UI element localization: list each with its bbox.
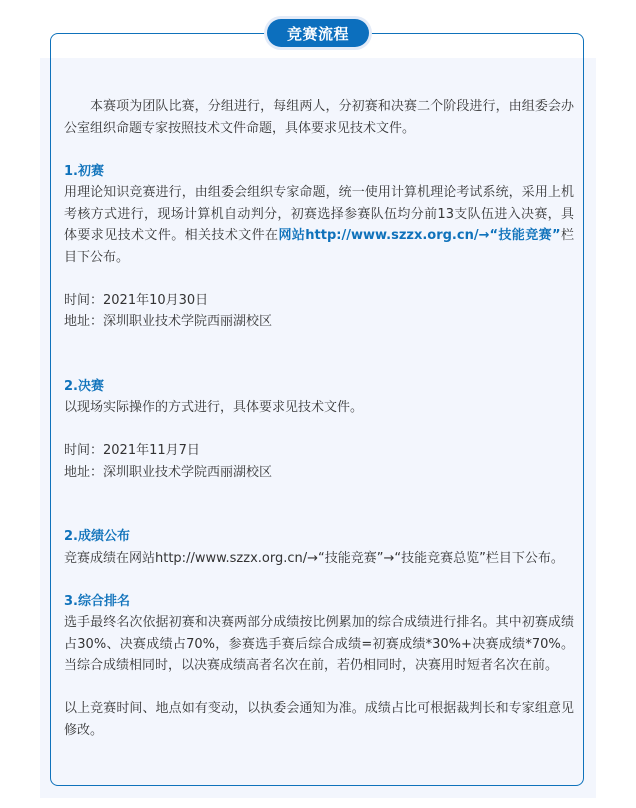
- website-link[interactable]: 网站http://www.szzx.org.cn/→“技能竞赛”: [278, 228, 560, 243]
- results-body: 竞赛成绩在网站http://www.szzx.org.cn/→“技能竞赛”→“技…: [64, 548, 574, 570]
- section-results: 2.成绩公布 竞赛成绩在网站http://www.szzx.org.cn/→“技…: [64, 526, 574, 569]
- final-time: 时间：2021年11月7日: [64, 440, 574, 462]
- section-title: 竞赛流程: [267, 19, 369, 47]
- preliminary-body: 用理论知识竞赛进行，由组委会组织专家命题，统一使用计算机理论考试系统，采用上机考…: [64, 182, 574, 268]
- section-heading-final: 2.决赛: [64, 376, 574, 398]
- section-preliminary: 1.初赛 用理论知识竞赛进行，由组委会组织专家命题，统一使用计算机理论考试系统，…: [64, 161, 574, 333]
- section-heading-preliminary: 1.初赛: [64, 161, 574, 183]
- section-ranking: 3.综合排名 选手最终名次依据初赛和决赛两部分成绩按比例累加的综合成绩进行排名。…: [64, 591, 574, 677]
- section-title-badge: 竞赛流程: [264, 16, 372, 50]
- intro-paragraph: 本赛项为团队比赛，分组进行，每组两人，分初赛和决赛二个阶段进行，由组委会办公室组…: [64, 96, 574, 139]
- final-body: 以现场实际操作的方式进行，具体要求见技术文件。: [64, 397, 574, 419]
- section-heading-ranking: 3.综合排名: [64, 591, 574, 613]
- preliminary-address: 地址：深圳职业技术学院西丽湖校区: [64, 311, 574, 333]
- preliminary-time: 时间：2021年10月30日: [64, 290, 574, 312]
- ranking-body: 选手最终名次依据初赛和决赛两部分成绩按比例累加的综合成绩进行排名。其中初赛成绩占…: [64, 612, 574, 677]
- section-final: 2.决赛 以现场实际操作的方式进行，具体要求见技术文件。 时间：2021年11月…: [64, 376, 574, 484]
- competition-process-content: 本赛项为团队比赛，分组进行，每组两人，分初赛和决赛二个阶段进行，由组委会办公室组…: [64, 96, 574, 741]
- final-address: 地址：深圳职业技术学院西丽湖校区: [64, 462, 574, 484]
- section-heading-results: 2.成绩公布: [64, 526, 574, 548]
- footer-note: 以上竞赛时间、地点如有变动，以执委会通知为准。成绩占比可根据裁判长和专家组意见修…: [64, 698, 574, 741]
